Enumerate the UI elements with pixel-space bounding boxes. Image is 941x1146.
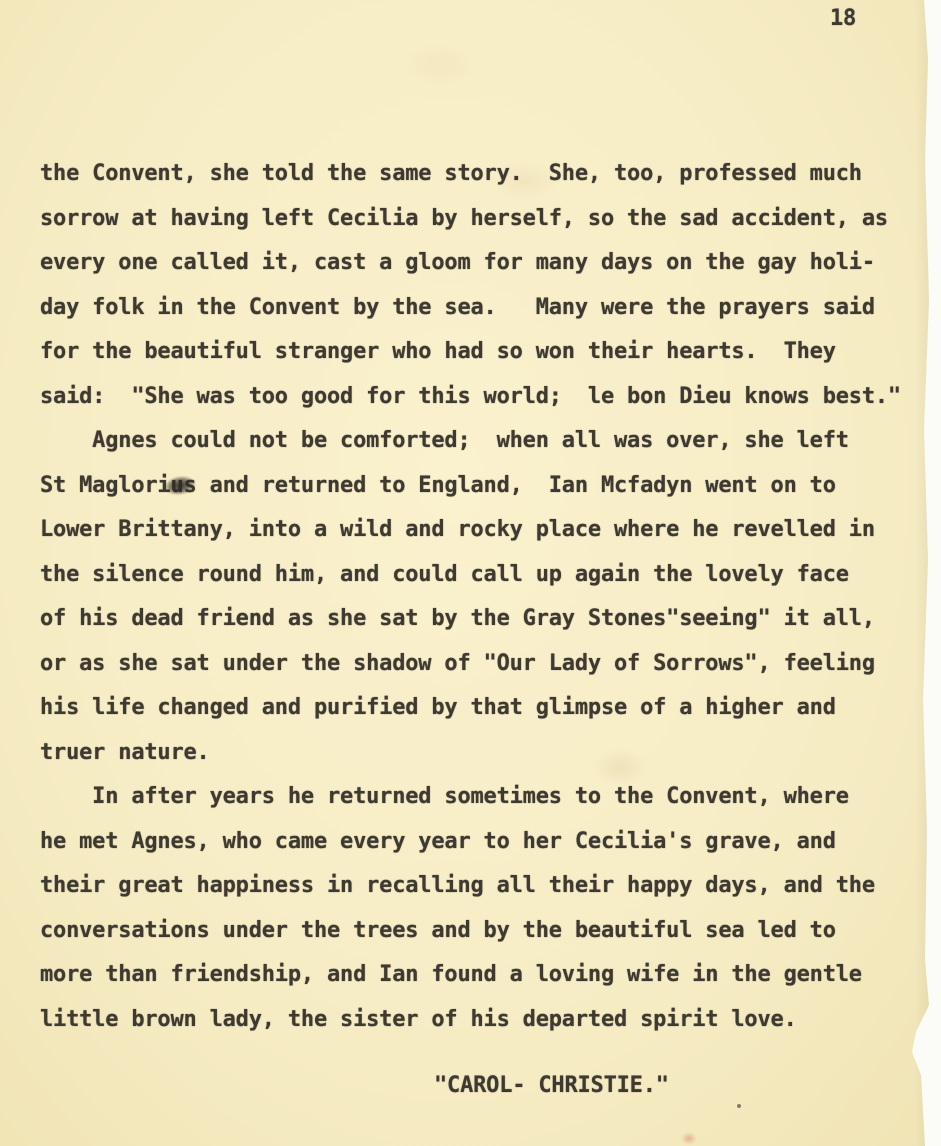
typed-line: conversations under the trees and by the…: [40, 909, 920, 954]
typed-line: Lower Brittany, into a wild and rocky pl…: [40, 508, 920, 553]
manuscript-page: 18 the Convent, she told the same story.…: [0, 0, 941, 1146]
typed-line: Agnes could not be comforted; when all w…: [40, 419, 920, 464]
typed-line: his life changed and purified by that gl…: [40, 686, 920, 731]
typed-line: he met Agnes, who came every year to her…: [40, 820, 920, 865]
typed-line: the Convent, she told the same story. Sh…: [40, 152, 920, 197]
typed-line: truer nature.: [40, 731, 920, 776]
typed-line: of his dead friend as she sat by the Gra…: [40, 597, 920, 642]
typed-line: for the beautiful stranger who had so wo…: [40, 330, 920, 375]
typed-line: In after years he returned sometimes to …: [40, 775, 920, 820]
typed-line: said: "She was too good for this world; …: [40, 375, 920, 420]
typed-text-block: the Convent, she told the same story. Sh…: [40, 152, 920, 1042]
typed-line: every one called it, cast a gloom for ma…: [40, 241, 920, 286]
typed-line: the silence round him, and could call up…: [40, 553, 920, 598]
typed-line: their great happiness in recalling all t…: [40, 864, 920, 909]
typed-line: sorrow at having left Cecilia by herself…: [40, 197, 920, 242]
page-number: 18: [830, 6, 856, 31]
paper-stain: [681, 1132, 697, 1145]
typed-line: day folk in the Convent by the sea. Many…: [40, 286, 920, 331]
story-title-signature: "CAROL- CHRISTIE.": [434, 1064, 669, 1109]
typed-line: little brown lady, the sister of his dep…: [40, 998, 920, 1043]
typed-line: more than friendship, and Ian found a lo…: [40, 953, 920, 998]
stray-ink-dot: [737, 1104, 741, 1108]
typed-line: or as she sat under the shadow of "Our L…: [40, 642, 920, 687]
paper-stain: [400, 42, 480, 88]
